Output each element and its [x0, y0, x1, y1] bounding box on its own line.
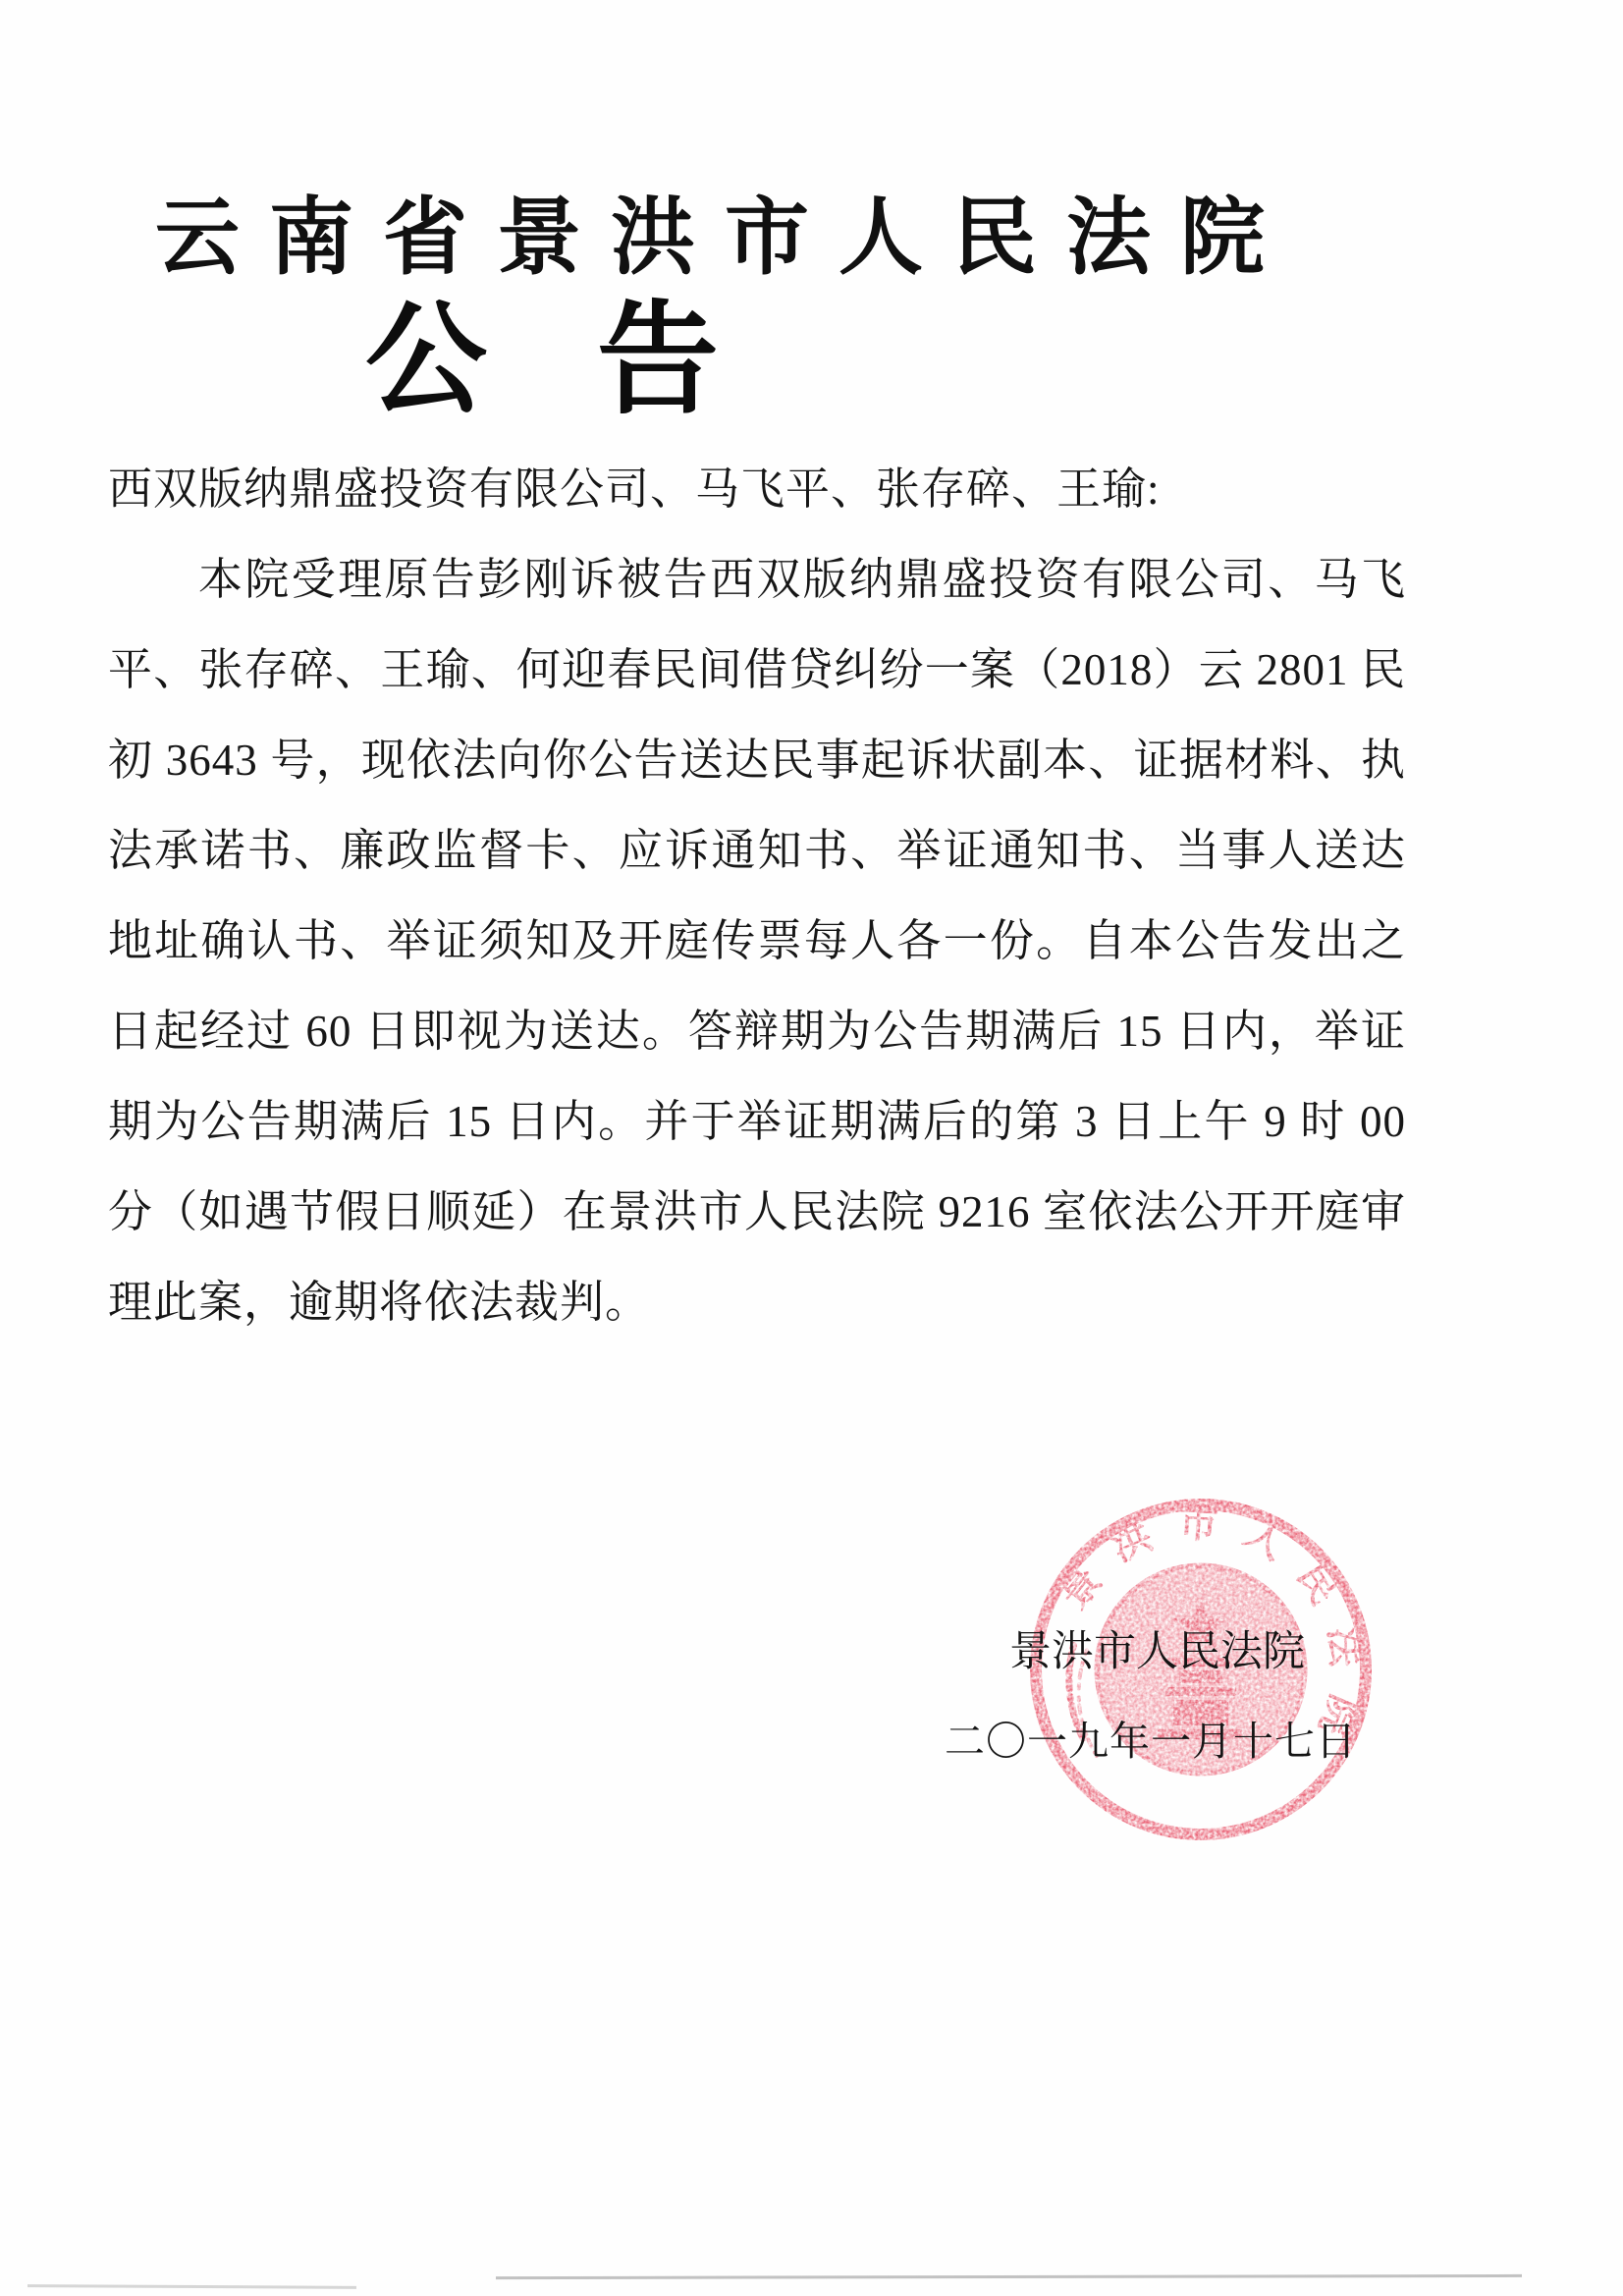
body-line: 法承诺书、廉政监督卡、应诉通知书、举证通知书、当事人送达 — [108, 805, 1406, 896]
signature-date: 二〇一九年一月十七日 — [945, 1709, 1357, 1767]
body-line: 初 3643 号，现依法向你公告送达民事起诉状副本、证据材料、执 — [108, 715, 1406, 805]
body-line: 分（如遇节假日顺延）在景洪市人民法院 9216 室依法公开开庭审 — [108, 1167, 1406, 1257]
document-page: 云南省景洪市人民法院 公 告 西双版纳鼎盛投资有限公司、马飞平、张存碎、王瑜: … — [0, 0, 1623, 2296]
body-line: 日起经过 60 日即视为送达。答辩期为公告期满后 15 日内，举证 — [108, 986, 1406, 1076]
body-line: 本院受理原告彭刚诉被告西双版纳鼎盛投资有限公司、马飞 — [108, 534, 1406, 625]
scan-artifact-line — [496, 2274, 1522, 2279]
body-line-salutation: 西双版纳鼎盛投资有限公司、马飞平、张存碎、王瑜: — [108, 444, 1406, 534]
body-line: 平、张存碎、王瑜、何迎春民间借贷纠纷一案（2018）云 2801 民 — [108, 625, 1406, 715]
court-name-title: 云南省景洪市人民法院 — [155, 169, 1294, 291]
signature-court-name: 景洪市人民法院 — [1009, 1618, 1305, 1678]
body-line: 地址确认书、举证须知及开庭传票每人各一份。自本公告发出之 — [108, 896, 1406, 986]
notice-body: 西双版纳鼎盛投资有限公司、马飞平、张存碎、王瑜: 本院受理原告彭刚诉被告西双版纳… — [108, 444, 1406, 1347]
notice-title-char: 告 — [597, 295, 719, 428]
body-line: 期为公告期满后 15 日内。并于举证期满后的第 3 日上午 9 时 00 — [108, 1076, 1406, 1167]
scan-artifact-line — [27, 2284, 356, 2289]
body-line: 理此案，逾期将依法裁判。 — [108, 1257, 1406, 1347]
notice-title: 公 告 — [365, 295, 719, 428]
notice-title-char: 公 — [365, 295, 487, 428]
